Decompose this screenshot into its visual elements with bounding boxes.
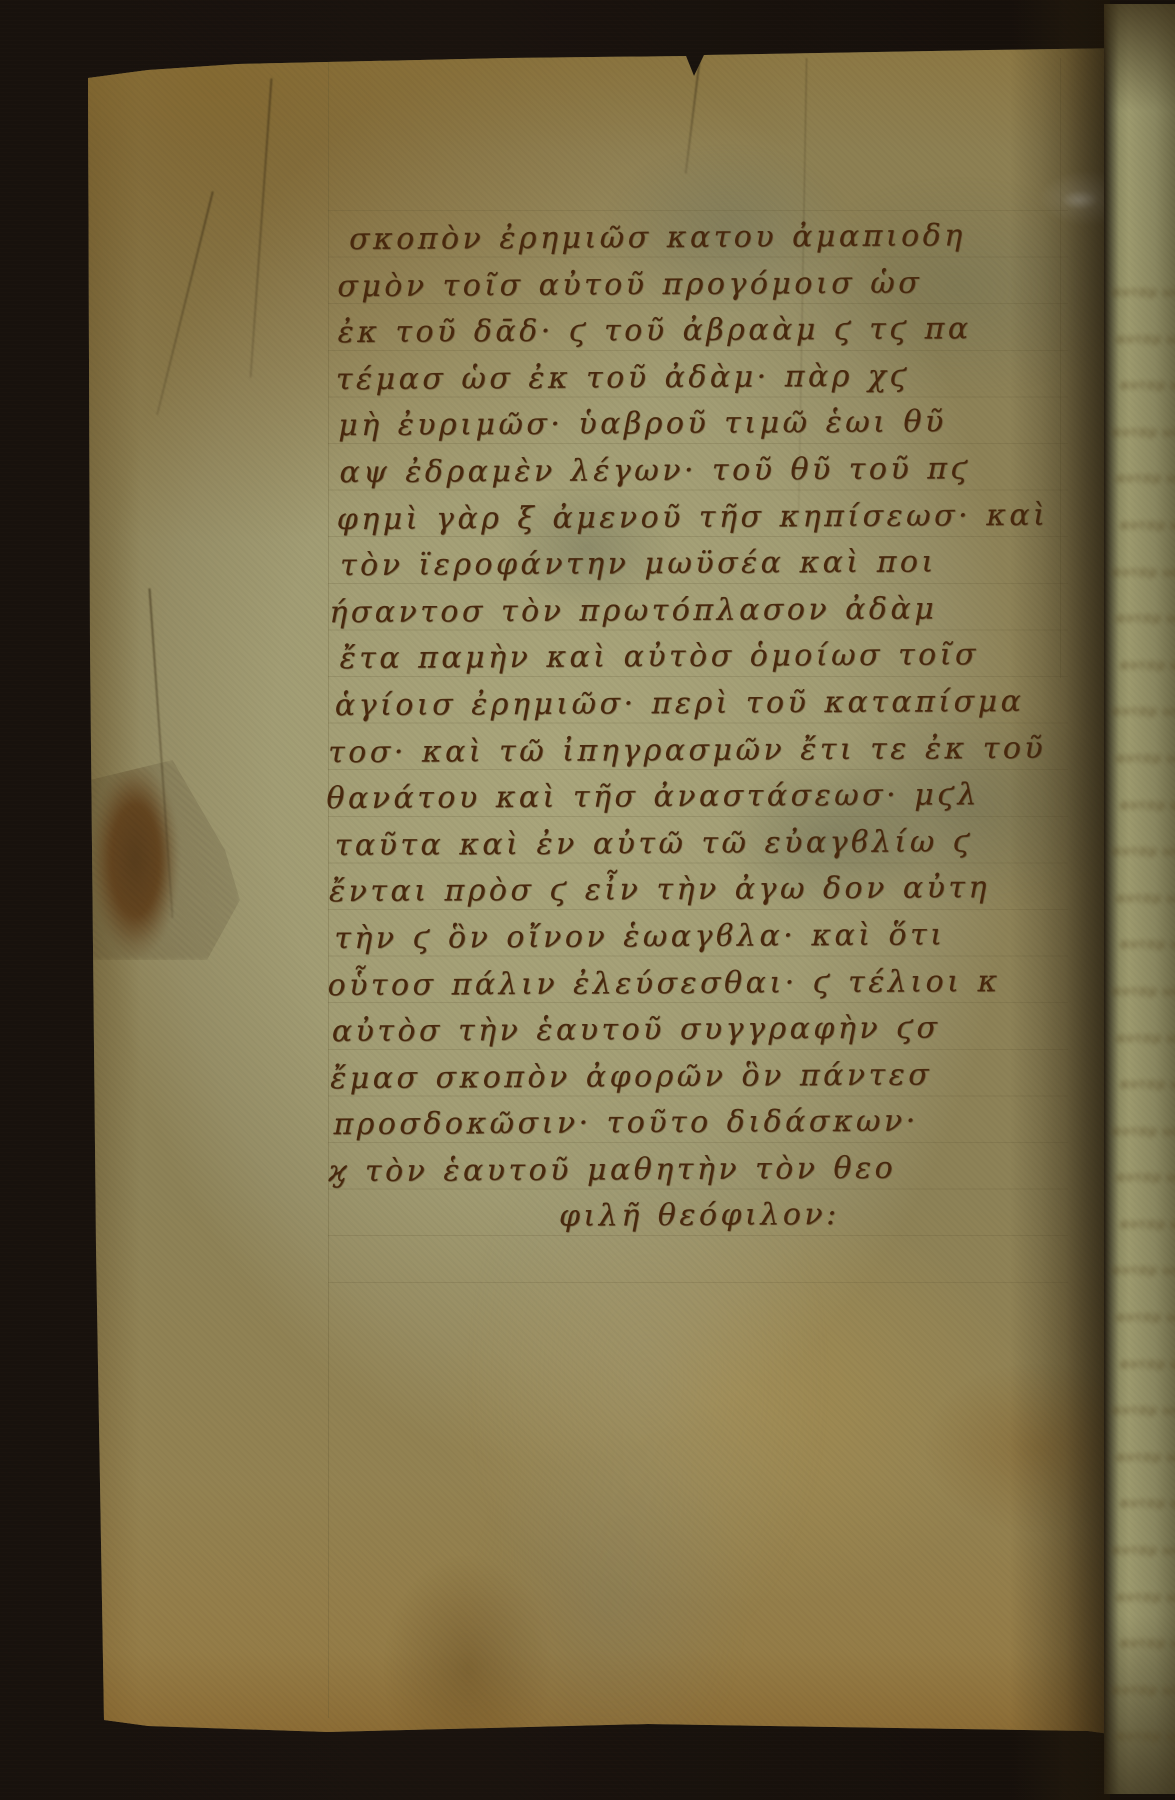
- showthrough-row: αυτπμ ωνϗ: [1120, 922, 1175, 969]
- showthrough-row: αυτπμ ωνϗ: [1116, 1435, 1175, 1482]
- manuscript-text-line: ἁγίοισ ἐρημιῶσ· περὶ τοῦ καταπίσμα: [335, 679, 1038, 730]
- showthrough-row: αυτπμ ωνϗ: [1120, 643, 1175, 690]
- showthrough-row: αυτπμ ωνϗ: [1112, 1528, 1175, 1575]
- showthrough-row: αυτπμ ωνϗ: [1112, 410, 1175, 457]
- showthrough-row: αυτπμ ωνϗ: [1120, 363, 1175, 410]
- manuscript-text-line: τὴν ϛ ὃν οἴνον ἑωαγϐλα· καὶ ὅτι: [334, 912, 1039, 963]
- showthrough-row: αυτπμ ωνϗ: [1120, 1062, 1175, 1109]
- showthrough-row: αυτπμ ωνϗ: [1116, 1714, 1175, 1761]
- showthrough-row: αυτπμ ωνϗ: [1112, 1109, 1175, 1156]
- manuscript-text-line: αὐτὸσ τὴν ἑαυτοῦ συγγραφὴν ϛσ: [332, 1005, 1040, 1056]
- manuscript-text-line: οὗτοσ πάλιν ἐλεύσεσθαι· ϛ τέλιοι κ: [327, 958, 1039, 1009]
- page-edge-shadow: [1010, 0, 1110, 1800]
- showthrough-text: αυτπμ ωνϗαυτπμ ωνϗαυτπμ ωνϗαυτπμ ωνϗαυτπ…: [1112, 270, 1175, 1761]
- manuscript-text-line: ἔμασ σκοπὸν ἀφορῶν ὃν πάντεσ: [330, 1052, 1040, 1103]
- showthrough-row: αυτπμ ωνϗ: [1112, 689, 1175, 736]
- showthrough-row: αυτπμ ωνϗ: [1120, 503, 1175, 550]
- manuscript-text-line: τὸν ϊεροφάντην μωϋσέα καὶ ποι: [340, 539, 1037, 590]
- manuscript-text-line: τέμασ ὡσ ἐκ τοῦ ἀδὰμ· πὰρ χϛ: [336, 353, 1036, 404]
- showthrough-row: αυτπμ ωνϗ: [1116, 736, 1175, 783]
- manuscript-text-line: μὴ ἐυριμῶσ· ὑαβροῦ τιμῶ ἑωι θῦ: [338, 399, 1036, 450]
- manuscript-text-line: ἐκ τοῦ δᾱδ· ϛ τοῦ ἀβραὰμ ϛ τϛ πα: [337, 306, 1035, 357]
- next-folio-fore-edge: αυτπμ ωνϗαυτπμ ωνϗαυτπμ ωνϗαυτπμ ωνϗαυτπ…: [1104, 4, 1175, 1794]
- showthrough-row: αυτπμ ωνϗ: [1116, 1155, 1175, 1202]
- manuscript-text-line: σκοπὸν ἐρημιῶσ κατου ἀμαπιοδη: [349, 213, 1035, 264]
- showthrough-row: αυτπμ ωνϗ: [1116, 1295, 1175, 1342]
- manuscript-text-line: ταῦτα καὶ ἐν αὐτῶ τῶ εὐαγϐλίω ϛ: [335, 819, 1039, 870]
- manuscript-text-line: θανάτου καὶ τῆσ ἀναστάσεωσ· μϛλ: [326, 772, 1038, 823]
- showthrough-row: αυτπμ ωνϗ: [1120, 1621, 1175, 1668]
- manuscript-text-line: σμὸν τοῖσ αὐτοῦ προγόμοισ ὡσ: [337, 259, 1035, 310]
- showthrough-row: αυτπμ ωνϗ: [1112, 1668, 1175, 1715]
- showthrough-row: αυτπμ ωνϗ: [1116, 596, 1175, 643]
- manuscript-text-line: τοσ· καὶ τῶ ἰπηγρασμῶν ἔτι τε ἐκ τοῦ: [328, 725, 1038, 776]
- showthrough-row: αυτπμ ωνϗ: [1112, 270, 1175, 317]
- showthrough-row: αυτπμ ωνϗ: [1112, 829, 1175, 876]
- manuscript-text-line: ἔτα παμὴν καὶ αὐτὸσ ὁμοίωσ τοῖσ: [339, 632, 1037, 683]
- showthrough-row: αυτπμ ωνϗ: [1112, 1248, 1175, 1295]
- manuscript-text-line: ήσαντοσ τὸν πρωτόπλασον ἀδὰμ: [329, 586, 1037, 637]
- showthrough-row: αυτπμ ωνϗ: [1112, 969, 1175, 1016]
- showthrough-row: αυτπμ ωνϗ: [1120, 1342, 1175, 1389]
- manuscript-text-line: αψ ἐδραμὲν λέγων· τοῦ θῦ τοῦ πϛ: [339, 446, 1036, 497]
- showthrough-row: αυτπμ ωνϗ: [1112, 1388, 1175, 1435]
- manuscript-text-line: ἔνται πρὸσ ϛ εἶν τὴν ἀγω δον αὐτη: [329, 865, 1039, 916]
- showthrough-row: αυτπμ ωνϗ: [1120, 1202, 1175, 1249]
- manuscript-text-line: προσδοκῶσιν· τοῦτο διδάσκων·: [333, 1098, 1040, 1149]
- showthrough-row: αυτπμ ωνϗ: [1120, 1481, 1175, 1528]
- manuscript-text-line: φιλῆ θεόφιλον:: [559, 1191, 1041, 1241]
- showthrough-row: αυτπμ ωνϗ: [1116, 876, 1175, 923]
- showthrough-row: αυτπμ ωνϗ: [1116, 1016, 1175, 1063]
- showthrough-row: αυτπμ ωνϗ: [1112, 550, 1175, 597]
- showthrough-row: αυτπμ ωνϗ: [1116, 1575, 1175, 1622]
- manuscript-text-block: σκοπὸν ἐρημιῶσ κατου ἀμαπιοδησμὸν τοῖσ α…: [335, 213, 1041, 1242]
- manuscript-text-line: ϗ τὸν ἑαυτοῦ μαθητὴν τὸν θεο: [328, 1145, 1041, 1196]
- showthrough-row: αυτπμ ωνϗ: [1116, 456, 1175, 503]
- manuscript-text-line: φημὶ γὰρ ξ ἀμενοῦ τῆσ κηπίσεωσ· καὶ: [337, 492, 1037, 543]
- showthrough-row: αυτπμ ωνϗ: [1120, 783, 1175, 830]
- showthrough-row: αυτπμ ωνϗ: [1116, 317, 1175, 364]
